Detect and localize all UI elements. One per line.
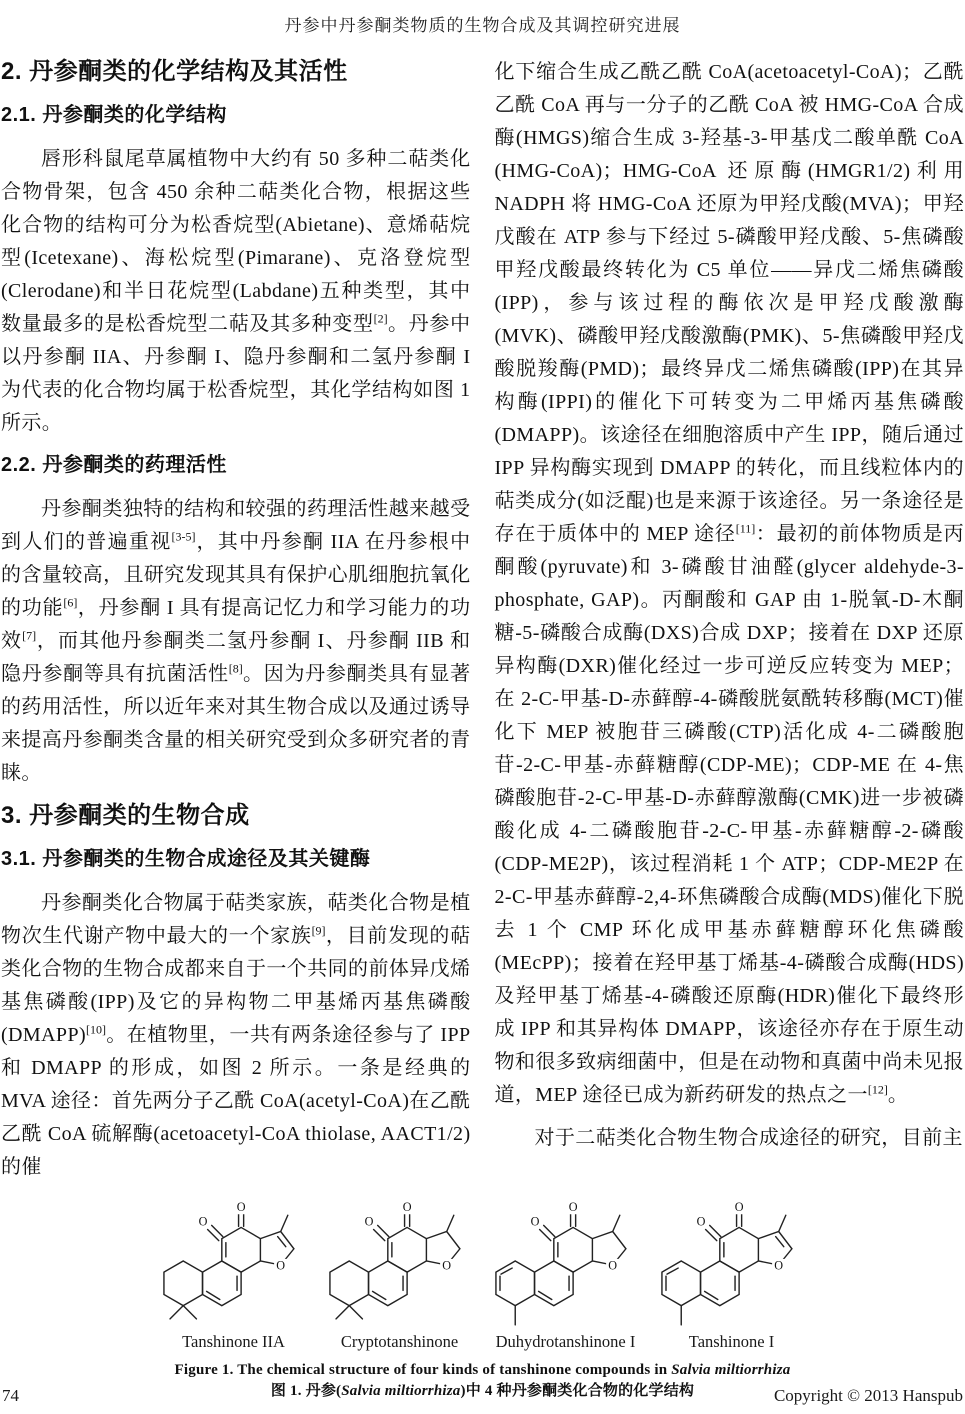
running-head-title: 丹参中丹参酮类物质的生物合成及其调控研究进展 <box>0 0 965 36</box>
tanshinone-i-structure-drawing: O O O <box>656 1198 808 1330</box>
section-2-heading: 2. 丹参酮类的化学结构及其活性 <box>1 56 471 88</box>
carbonyl-oxygen-label: O <box>236 1200 245 1214</box>
duhydrotanshinone-i-structure-drawing: O O O <box>490 1198 642 1330</box>
section-3-1-heading: 3.1. 丹参酮类的生物合成途径及其关键酶 <box>1 844 471 874</box>
copyright-notice: Copyright © 2013 Hanspub <box>774 1386 963 1406</box>
page-footer: 74 Copyright © 2013 Hanspub <box>0 1386 965 1406</box>
section-2-1-heading: 2.1. 丹参酮类的化学结构 <box>1 100 471 130</box>
compound-tanshinone-iia: O O O Tanshinone IIA <box>154 1198 314 1352</box>
compound-tanshinone-i: O O O Tanshinone I <box>652 1198 812 1352</box>
carbonyl-oxygen-label: O <box>734 1200 743 1214</box>
carbonyl-oxygen-label: O <box>568 1200 577 1214</box>
section-3-1-paragraph: 丹参酮类化合物属于萜类家族，萜类化合物是植物次生代谢产物中最大的一个家族[9]，… <box>1 887 471 1184</box>
diterpene-research-paragraph: 对于二萜类化合物生物合成途径的研究，目前主 <box>495 1122 965 1155</box>
compound-duhydrotanshinone-i: O O O Duhydrotanshinone I <box>486 1198 646 1352</box>
furan-oxygen-label: O <box>774 1259 783 1273</box>
paper-page: 丹参中丹参酮类物质的生物合成及其调控研究进展 2. 丹参酮类的化学结构及其活性 … <box>0 0 965 1414</box>
section-2-2-paragraph: 丹参酮类独特的结构和较强的药理活性越来越受到人们的普遍重视[3-5]，其中丹参酮… <box>1 493 471 790</box>
compound-label: Tanshinone IIA <box>154 1332 314 1352</box>
page-number: 74 <box>2 1386 19 1406</box>
compound-label: Tanshinone I <box>652 1332 812 1352</box>
furan-oxygen-label: O <box>442 1259 451 1273</box>
cryptotanshinone-structure-drawing: O O O <box>324 1198 476 1330</box>
left-column: 2. 丹参酮类的化学结构及其活性 2.1. 丹参酮类的化学结构 唇形科鼠尾草属植… <box>1 56 471 1184</box>
caption-en-text: Figure 1. The chemical structure of four… <box>175 1362 672 1378</box>
figure-1: O O O Tanshinone IIA <box>0 1198 965 1402</box>
compound-label: Duhydrotanshinone I <box>486 1332 646 1352</box>
carbonyl-oxygen-label: O <box>696 1214 705 1228</box>
carbonyl-oxygen-label: O <box>198 1214 207 1228</box>
section-2-2-heading: 2.2. 丹参酮类的药理活性 <box>1 450 471 480</box>
caption-en-species: Salvia miltiorrhiza <box>671 1362 790 1378</box>
compound-row: O O O Tanshinone IIA <box>0 1198 965 1352</box>
carbonyl-oxygen-label: O <box>364 1214 373 1228</box>
section-3-heading: 3. 丹参酮类的生物合成 <box>1 800 471 832</box>
figure-1-caption-english: Figure 1. The chemical structure of four… <box>0 1360 965 1381</box>
tanshinone-iia-structure-drawing: O O O <box>158 1198 310 1330</box>
section-2-1-paragraph: 唇形科鼠尾草属植物中大约有 50 多种二萜类化合物骨架，包含 450 余种二萜类… <box>1 143 471 440</box>
furan-oxygen-label: O <box>276 1259 285 1273</box>
right-column: 化下缩合生成乙酰乙酰 CoA(acetoacetyl-CoA)；乙酰乙酰 CoA… <box>495 56 965 1184</box>
compound-label: Cryptotanshinone <box>320 1332 480 1352</box>
continuation-paragraph: 化下缩合生成乙酰乙酰 CoA(acetoacetyl-CoA)；乙酰乙酰 CoA… <box>495 56 965 1112</box>
carbonyl-oxygen-label: O <box>402 1200 411 1214</box>
carbonyl-oxygen-label: O <box>530 1214 539 1228</box>
furan-oxygen-label: O <box>608 1259 617 1273</box>
compound-cryptotanshinone: O O O Cryptotanshinone <box>320 1198 480 1352</box>
two-column-body: 2. 丹参酮类的化学结构及其活性 2.1. 丹参酮类的化学结构 唇形科鼠尾草属植… <box>0 56 965 1184</box>
